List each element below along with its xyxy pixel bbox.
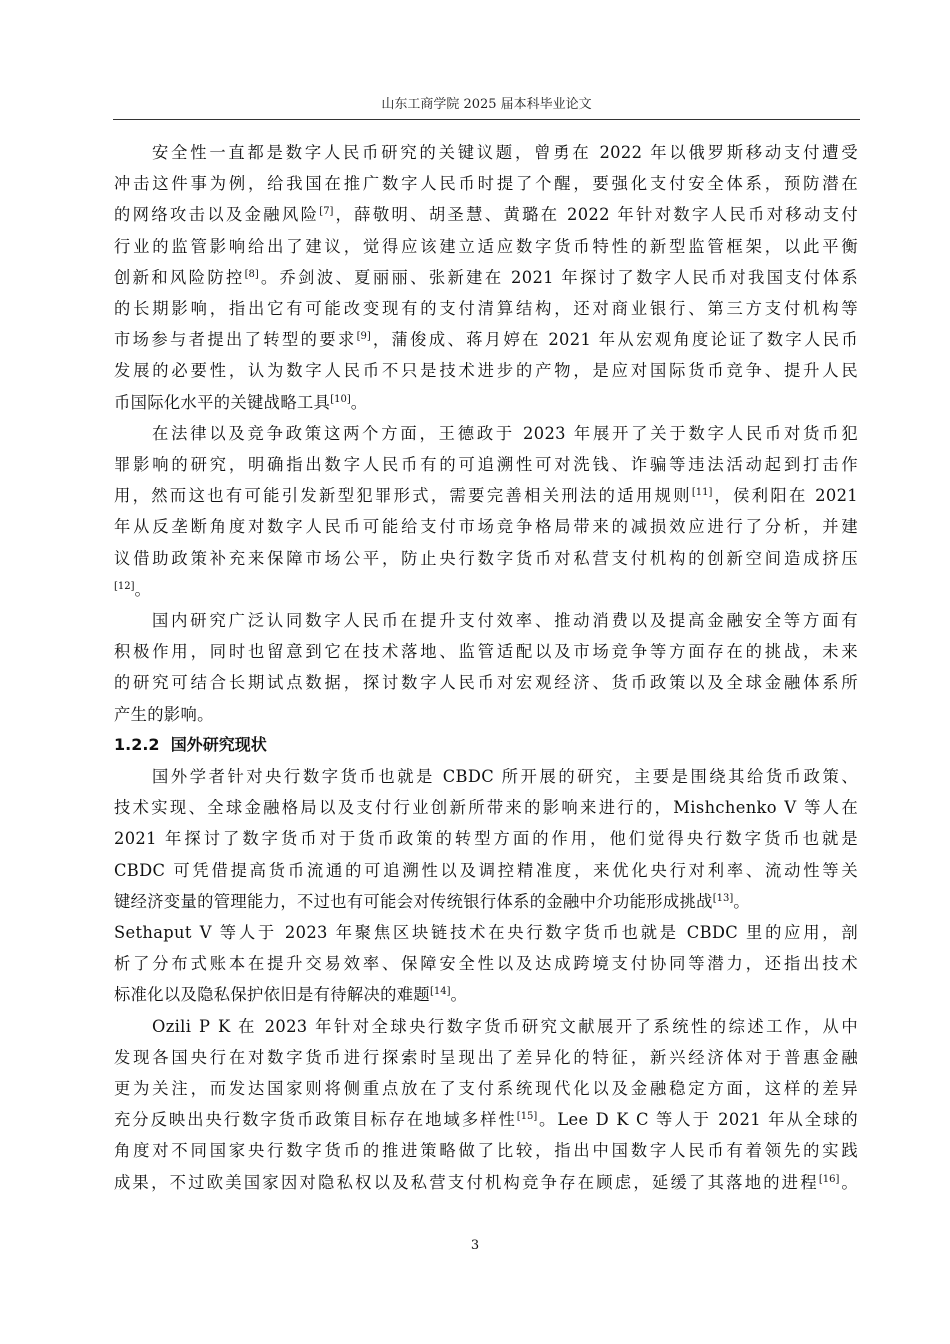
text-line: 的网络攻击以及金融风险[7]，薛敬明、胡圣慧、黄璐在 2022 年针对数字人民币… (114, 205, 858, 225)
text-line: CBDC 可凭借提高货币流通的可追溯性以及调控精准度，来优化央行对利率、流动性等… (114, 861, 858, 881)
text-line: [12]。 (114, 580, 858, 600)
line-text: 的研究可结合长期试点数据，探讨数字人民币对宏观经济、货币政策以及全球金融体系所 (114, 673, 858, 692)
line-text: 的长期影响，指出它有可能改变现有的支付清算结构，还对商业银行、第三方支付机构等 (114, 299, 858, 318)
text-line: 技术实现、全球金融格局以及支付行业创新所带来的影响来进行的，Mishchenko… (114, 798, 858, 818)
text-line: 市场参与者提出了转型的要求[9]，蒲俊成、蒋月婷在 2021 年从宏观角度论证了… (114, 330, 858, 350)
line-text: CBDC 可凭借提高货币流通的可追溯性以及调控精准度，来优化央行对利率、流动性等… (114, 861, 858, 880)
line-text: 2021 年探讨了数字货币对于货币政策的转型方面的作用，他们觉得央行数字货币也就… (114, 829, 858, 848)
line-text-continued: 。Lee D K C 等人于 2021 年从全球的 (537, 1110, 858, 1129)
text-line: 罪影响的研究，明确指出数字人民币有的可追溯性可对洗钱、诈骗等违法活动起到打击作 (114, 455, 858, 475)
text-line: 用，然而这也有可能引发新型犯罪形式，需要完善相关刑法的适用规则[11]，侯利阳在… (114, 486, 858, 506)
line-text: 安全性一直都是数字人民币研究的关键议题，曾勇在 2022 年以俄罗斯移动支付遭受 (152, 143, 858, 162)
citation-marker: [16] (819, 1174, 840, 1185)
line-text: 行业的监管影响给出了建议，觉得应该建立适应数字货币特性的新型监管框架，以此平衡 (114, 237, 858, 256)
citation-marker: [10] (330, 394, 351, 405)
text-line: 积极作用，同时也留意到它在技术落地、监管适配以及市场竞争等方面存在的挑战，未来 (114, 642, 858, 662)
text-line: 发展的必要性，认为数字人民币不只是技术进步的产物，是应对国际货币竞争、提升人民 (114, 361, 858, 381)
line-text-continued: 。 (839, 1173, 858, 1192)
text-line: 在法律以及竞争政策这两个方面，王德政于 2023 年展开了关于数字人民币对货币犯 (152, 424, 858, 444)
line-text: 产生的影响。 (114, 705, 214, 724)
section-title: 国外研究现状 (171, 735, 267, 754)
citation-marker: [14] (430, 986, 451, 997)
text-line: 的长期影响，指出它有可能改变现有的支付清算结构，还对商业银行、第三方支付机构等 (114, 299, 858, 319)
line-text: 发展的必要性，认为数字人民币不只是技术进步的产物，是应对国际货币竞争、提升人民 (114, 361, 858, 380)
citation-marker: [8] (245, 269, 259, 280)
line-text: 议借助政策补充来保障市场公平，防止央行数字货币对私营支付机构的创新空间造成挤压 (114, 549, 858, 568)
text-line: 角度对不同国家央行数字货币的推进策略做了比较，指出中国数字人民币有着领先的实践 (114, 1141, 858, 1161)
citation-marker: [9] (357, 331, 371, 342)
text-line: 行业的监管影响给出了建议，觉得应该建立适应数字货币特性的新型监管框架，以此平衡 (114, 237, 858, 257)
line-text-continued: 。乔剑波、夏丽丽、张新建在 2021 年探讨了数字人民币对我国支付体系 (259, 268, 858, 287)
text-line: 更为关注，而发达国家则将侧重点放在了支付系统现代化以及金融稳定方面，这样的差异 (114, 1079, 858, 1099)
line-text-continued: ，蒲俊成、蒋月婷在 2021 年从宏观角度论证了数字人民币 (371, 330, 858, 349)
section-number: 1.2.2 (114, 735, 171, 754)
line-text: Sethaput V 等人于 2023 年聚焦区块链技术在央行数字货币也就是 C… (114, 923, 858, 942)
running-header: 山东工商学院 2025 届本科毕业论文 (113, 97, 860, 113)
line-text: 年从反垄断角度对数字人民币可能给支付市场竞争格局带来的减损效应进行了分析，并建 (114, 517, 858, 536)
text-line: 键经济变量的管理能力，不过也有可能会对传统银行体系的金融中介功能形成挑战[13]… (114, 892, 858, 912)
text-line: 国内研究广泛认同数字人民币在提升支付效率、推动消费以及提高金融安全等方面有 (152, 611, 858, 631)
text-line: Sethaput V 等人于 2023 年聚焦区块链技术在央行数字货币也就是 C… (114, 923, 858, 943)
line-text: 创新和风险防控 (114, 268, 245, 287)
header-rule (113, 119, 860, 120)
text-line: 币国际化水平的关键战略工具[10]。 (114, 393, 858, 413)
line-text: 币国际化水平的关键战略工具 (114, 393, 330, 412)
text-line: 充分反映出央行数字货币政策目标存在地域多样性[15]。Lee D K C 等人于… (114, 1110, 858, 1130)
line-text-continued: ，侯利阳在 2021 (712, 486, 858, 505)
text-line: 的研究可结合长期试点数据，探讨数字人民币对宏观经济、货币政策以及全球金融体系所 (114, 673, 858, 693)
line-text: 标准化以及隐私保护依旧是有待解决的难题 (114, 985, 430, 1004)
text-line: 创新和风险防控[8]。乔剑波、夏丽丽、张新建在 2021 年探讨了数字人民币对我… (114, 268, 858, 288)
line-text: 技术实现、全球金融格局以及支付行业创新所带来的影响来进行的，Mishchenko… (114, 798, 858, 817)
citation-marker: [13] (713, 893, 734, 904)
section-heading: 1.2.2 国外研究现状 (114, 735, 267, 755)
text-line: 析了分布式账本在提升交易效率、保障安全性以及达成跨境支付协同等潜力，还指出技术 (114, 954, 858, 974)
line-text: 更为关注，而发达国家则将侧重点放在了支付系统现代化以及金融稳定方面，这样的差异 (114, 1079, 858, 1098)
line-text: 国外学者针对央行数字货币也就是 CBDC 所开展的研究，主要是围绕其给货币政策、 (152, 767, 858, 786)
text-line: 年从反垄断角度对数字人民币可能给支付市场竞争格局带来的减损效应进行了分析，并建 (114, 517, 858, 537)
text-line: 冲击这件事为例，给我国在推广数字人民币时提了个醒，要强化支付安全体系，预防潜在 (114, 174, 858, 194)
line-text-continued: 。 (733, 892, 750, 911)
line-text: 冲击这件事为例，给我国在推广数字人民币时提了个醒，要强化支付安全体系，预防潜在 (114, 174, 858, 193)
text-line: 标准化以及隐私保护依旧是有待解决的难题[14]。 (114, 985, 858, 1005)
line-text: 成果，不过欧美国家因对隐私权以及私营支付机构竞争存在顾虑，延缓了其落地的进程 (114, 1173, 819, 1192)
citation-marker: [15] (517, 1111, 538, 1122)
text-line: 安全性一直都是数字人民币研究的关键议题，曾勇在 2022 年以俄罗斯移动支付遭受 (152, 143, 858, 163)
document-page: 山东工商学院 2025 届本科毕业论文 安全性一直都是数字人民币研究的关键议题，… (0, 0, 950, 1344)
line-text: 罪影响的研究，明确指出数字人民币有的可追溯性可对洗钱、诈骗等违法活动起到打击作 (114, 455, 858, 474)
line-text-continued: 。 (135, 580, 152, 599)
line-text: 发现各国央行在对数字货币进行探索时呈现出了差异化的特征，新兴经济体对于普惠金融 (114, 1048, 858, 1067)
line-text: 在法律以及竞争政策这两个方面，王德政于 2023 年展开了关于数字人民币对货币犯 (152, 424, 858, 443)
text-line: 2021 年探讨了数字货币对于货币政策的转型方面的作用，他们觉得央行数字货币也就… (114, 829, 858, 849)
text-line: Ozili P K 在 2023 年针对全球央行数字货币研究文献展开了系统性的综… (152, 1017, 858, 1037)
line-text: 键经济变量的管理能力，不过也有可能会对传统银行体系的金融中介功能形成挑战 (114, 892, 713, 911)
line-text: 用，然而这也有可能引发新型犯罪形式，需要完善相关刑法的适用规则 (114, 486, 692, 505)
text-line: 发现各国央行在对数字货币进行探索时呈现出了差异化的特征，新兴经济体对于普惠金融 (114, 1048, 858, 1068)
citation-marker: [11] (692, 487, 713, 498)
citation-marker: [7] (319, 206, 333, 217)
line-text-continued: 。 (351, 393, 368, 412)
line-text: 市场参与者提出了转型的要求 (114, 330, 357, 349)
line-text-continued: 。 (451, 985, 468, 1004)
text-line: 议借助政策补充来保障市场公平，防止央行数字货币对私营支付机构的创新空间造成挤压 (114, 549, 858, 569)
line-text-continued: ，薛敬明、胡圣慧、黄璐在 2022 年针对数字人民币对移动支付 (333, 205, 858, 224)
line-text: 角度对不同国家央行数字货币的推进策略做了比较，指出中国数字人民币有着领先的实践 (114, 1141, 858, 1160)
line-text: 的网络攻击以及金融风险 (114, 205, 319, 224)
page-number: 3 (0, 1238, 950, 1253)
line-text: Ozili P K 在 2023 年针对全球央行数字货币研究文献展开了系统性的综… (152, 1017, 858, 1036)
line-text: 积极作用，同时也留意到它在技术落地、监管适配以及市场竞争等方面存在的挑战，未来 (114, 642, 858, 661)
line-text: 充分反映出央行数字货币政策目标存在地域多样性 (114, 1110, 517, 1129)
text-line: 成果，不过欧美国家因对隐私权以及私营支付机构竞争存在顾虑，延缓了其落地的进程[1… (114, 1173, 858, 1193)
text-line: 国外学者针对央行数字货币也就是 CBDC 所开展的研究，主要是围绕其给货币政策、 (152, 767, 858, 787)
line-text: 国内研究广泛认同数字人民币在提升支付效率、推动消费以及提高金融安全等方面有 (152, 611, 858, 630)
line-text: 析了分布式账本在提升交易效率、保障安全性以及达成跨境支付协同等潜力，还指出技术 (114, 954, 858, 973)
citation-marker: [12] (114, 581, 135, 592)
text-line: 产生的影响。 (114, 705, 858, 725)
